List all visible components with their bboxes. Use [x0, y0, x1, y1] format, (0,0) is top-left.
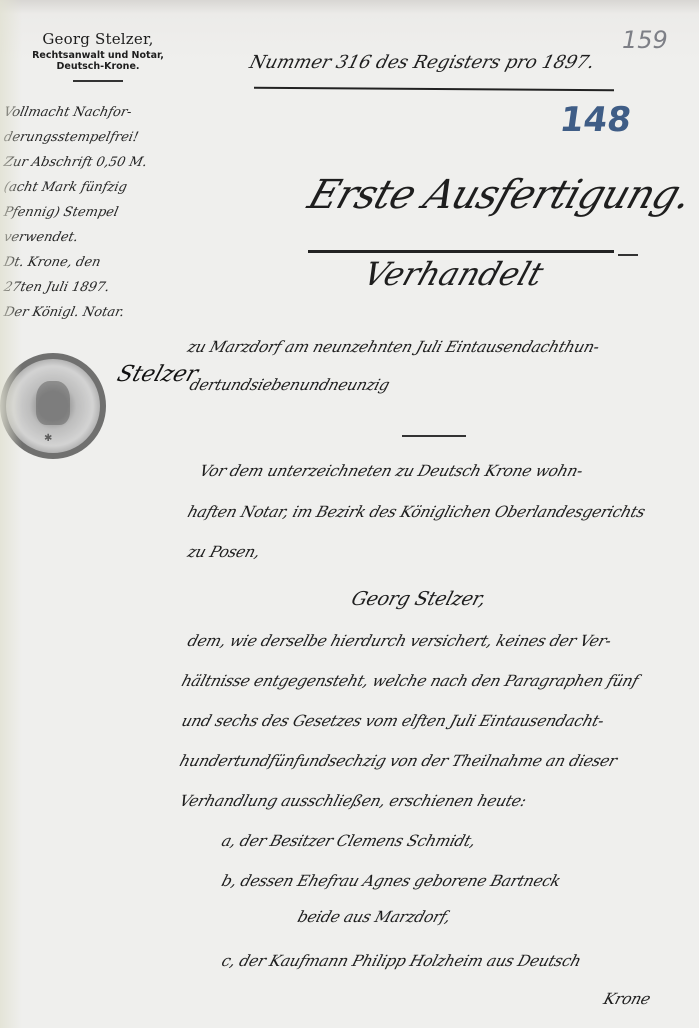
margin-note-line: Dt. Krone, den — [1, 250, 176, 275]
letterhead-name: Georg Stelzer, — [18, 30, 178, 48]
margin-note-line: Zur Abschrift 0,50 M. — [1, 150, 176, 175]
declaration-line: hundertundfünfundsechzig von der Theilna… — [177, 752, 619, 770]
declaration-line: hältnisse entgegensteht, welche nach den… — [179, 672, 640, 690]
margin-note-line: verwendet. — [1, 225, 176, 250]
declaration-line: Verhandlung ausschließen, erschienen heu… — [177, 792, 528, 810]
place-date-line: zu Marzdorf am neunzehnten Juli Eintause… — [185, 338, 601, 356]
notary-name: Georg Stelzer, — [349, 588, 489, 610]
notary-seal-icon: ✱ — [0, 353, 106, 459]
declaration-line: dem, wie derselbe hierdurch versichert, … — [185, 632, 613, 650]
seal-star-icon: ✱ — [44, 433, 52, 444]
margin-note-line: Der Königl. Notar. — [1, 300, 176, 325]
document-heading: Erste Ausfertigung. — [303, 172, 697, 218]
heading-underline-tail — [618, 254, 638, 256]
folio-number-pencil: 159 — [622, 26, 668, 54]
margin-note-line: Pfennig) Stempel — [1, 200, 176, 225]
party-line: a, der Besitzer Clemens Schmidt, — [219, 832, 477, 850]
party-line: b, dessen Ehefrau Agnes geborene Bartnec… — [219, 872, 562, 890]
document-subheading: Verhandelt — [359, 255, 549, 293]
letterhead-rule — [73, 80, 123, 82]
letterhead-city: Deutsch-Krone. — [18, 61, 178, 72]
margin-signature: Stelzer — [114, 362, 201, 387]
section-separator — [402, 435, 466, 437]
intro-line: zu Posen, — [185, 543, 262, 561]
place-date-line: dertundsiebenundneunzig — [187, 376, 391, 394]
party-line: beide aus Marzdorf, — [295, 908, 452, 926]
margin-note-line: 27ten Juli 1897. — [1, 275, 176, 300]
register-number-text: Nummer 316 des Registers pro 1897. — [247, 52, 597, 73]
folio-number-blue: 148 — [557, 100, 634, 140]
letterhead: Georg Stelzer, Rechtsanwalt und Notar, D… — [18, 30, 178, 82]
document-page: Georg Stelzer, Rechtsanwalt und Notar, D… — [0, 0, 699, 1028]
margin-note-line: derungsstempelfrei! — [1, 125, 176, 150]
margin-note-line: Vollmacht Nachfor- — [1, 100, 176, 125]
margin-note: Vollmacht Nachfor- derungsstempelfrei! Z… — [4, 100, 174, 325]
party-line: c, der Kaufmann Philipp Holzheim aus Deu… — [219, 952, 583, 970]
letterhead-title: Rechtsanwalt und Notar, — [18, 50, 178, 61]
register-line: Nummer 316 des Registers pro 1897. — [250, 22, 620, 43]
intro-line: Vor dem unterzeichneten zu Deutsch Krone… — [197, 462, 584, 480]
declaration-line: und sechs des Gesetzes vom elften Juli E… — [179, 712, 606, 730]
intro-line: haften Notar, im Bezirk des Königlichen … — [185, 503, 647, 521]
continuation-word: Krone — [601, 990, 652, 1008]
margin-note-line: (acht Mark fünfzig — [1, 175, 176, 200]
heading-underline — [308, 250, 614, 253]
register-underline — [254, 87, 614, 92]
